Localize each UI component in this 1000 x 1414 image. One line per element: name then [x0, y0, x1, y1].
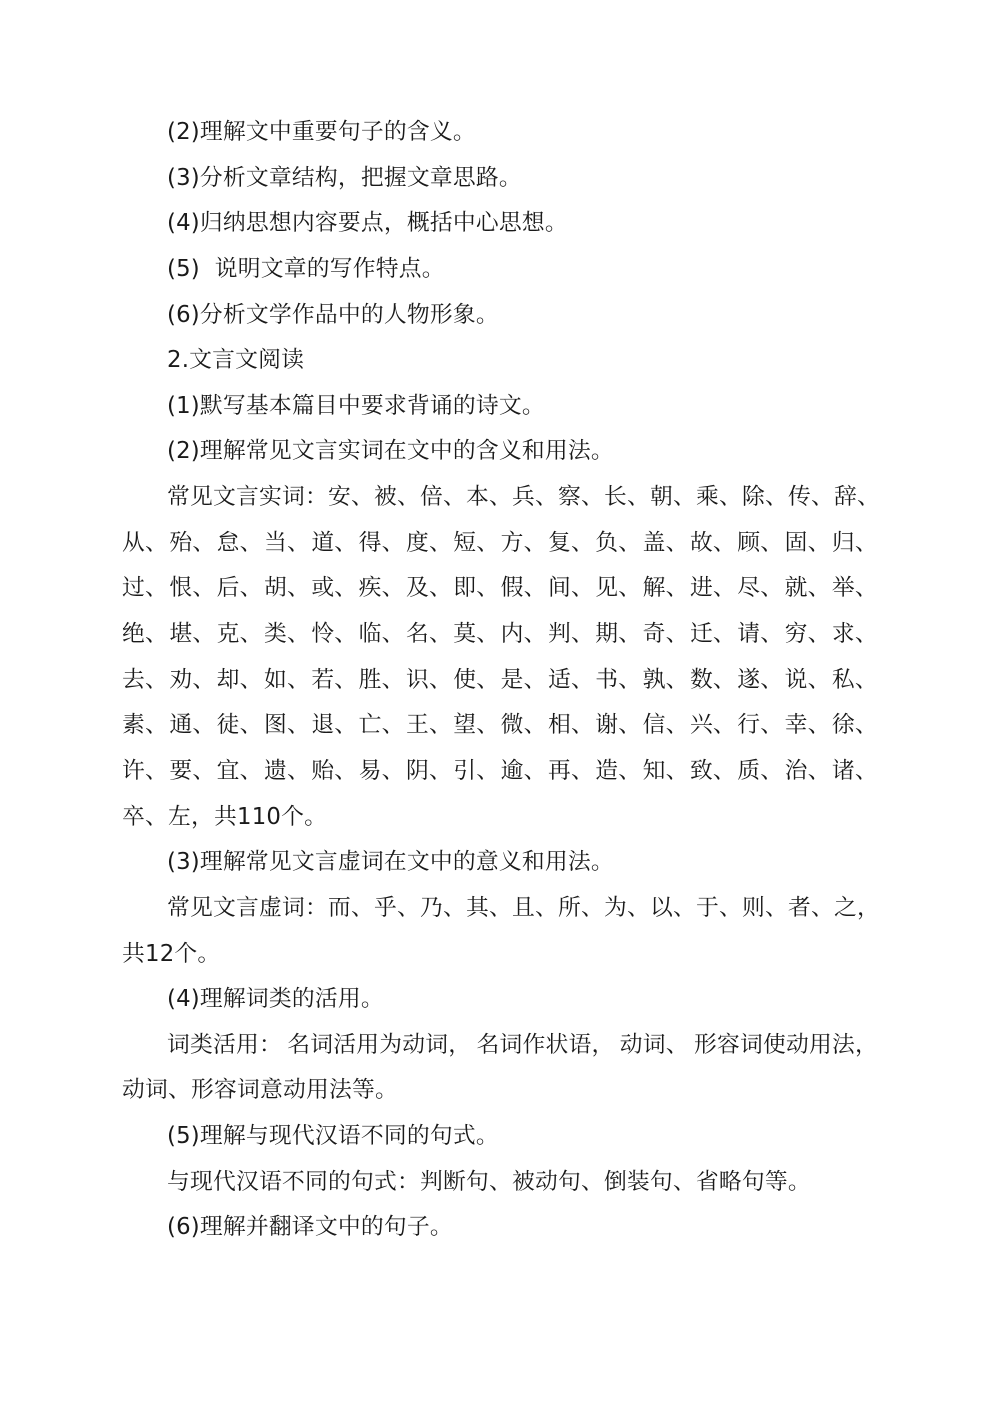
char-group: 信、: [643, 703, 689, 749]
char-group: 负、: [595, 521, 641, 567]
char-group: 被、: [374, 475, 420, 521]
char-group: 故、: [690, 521, 736, 567]
char-group: 乘、: [696, 475, 742, 521]
char-group: 是、: [501, 658, 547, 704]
char-group: 归、: [832, 521, 878, 567]
char-group: 书、: [595, 658, 641, 704]
char-group: 方、: [501, 521, 547, 567]
char-group: 望、: [453, 703, 499, 749]
char-group: 本、: [466, 475, 512, 521]
text-line: 共12个。: [122, 932, 878, 978]
char-group: 除、: [742, 475, 788, 521]
char-group: 遂、: [737, 658, 783, 704]
char-group: 复、: [548, 521, 594, 567]
char-group: 诸、: [832, 749, 878, 795]
char-group: 奇、: [643, 612, 689, 658]
char-group: 胡、: [264, 566, 310, 612]
char-group: 幸、: [785, 703, 831, 749]
char-group: 从、: [122, 521, 168, 567]
char-group: 乃、: [420, 886, 466, 932]
text-line: (3)分析文章结构，把握文章思路。: [122, 156, 878, 202]
char-group: 短、: [453, 521, 499, 567]
char-group: 殆、: [169, 521, 215, 567]
char-group: 通、: [169, 703, 215, 749]
char-group: 得、: [359, 521, 405, 567]
char-group: 顾、: [737, 521, 783, 567]
char-group: 造、: [595, 749, 641, 795]
char-group: 于、: [696, 886, 742, 932]
text-line: (6)分析文学作品中的人物形象。: [122, 293, 878, 339]
char-group: 传、: [788, 475, 834, 521]
text-line: (2)理解常见文言实词在文中的含义和用法。: [122, 429, 878, 475]
text-line: 常见文言实词：安、被、倍、本、兵、察、长、朝、乘、除、传、辞、: [122, 475, 878, 521]
char-group: 且、: [512, 886, 558, 932]
char-group: 穷、: [785, 612, 831, 658]
document-content: (2)理解文中重要句子的含义。(3)分析文章结构，把握文章思路。(4)归纳思想内…: [122, 110, 878, 1251]
text-line: 去、劝、却、如、若、胜、识、使、是、适、书、孰、数、遂、说、私、: [122, 658, 878, 704]
char-group: 度、: [406, 521, 452, 567]
char-group: 类、: [264, 612, 310, 658]
char-group: 适、: [548, 658, 594, 704]
char-group: 当、: [264, 521, 310, 567]
char-group: 形容词使动用法，: [694, 1023, 878, 1069]
char-group: 宜、: [217, 749, 263, 795]
text-line: (5) 说明文章的写作特点。: [122, 247, 878, 293]
char-group: 若、: [311, 658, 357, 704]
char-group: 识、: [406, 658, 452, 704]
char-group: 阴、: [406, 749, 452, 795]
char-group: 为、: [604, 886, 650, 932]
char-group: 后、: [217, 566, 263, 612]
document-page: (2)理解文中重要句子的含义。(3)分析文章结构，把握文章思路。(4)归纳思想内…: [0, 0, 1000, 1414]
char-group: 却、: [217, 658, 263, 704]
char-group: 期、: [595, 612, 641, 658]
char-group: 兴、: [690, 703, 736, 749]
char-group: 疾、: [359, 566, 405, 612]
char-group: 行、: [737, 703, 783, 749]
char-group: 王、: [406, 703, 452, 749]
char-group: 绝、: [122, 612, 168, 658]
char-group: 求、: [832, 612, 878, 658]
char-group: 许、: [122, 749, 168, 795]
char-group: 治、: [785, 749, 831, 795]
char-group: 私、: [832, 658, 878, 704]
char-group: 堪、: [169, 612, 215, 658]
char-group: 名、: [406, 612, 452, 658]
char-group: 朝、: [650, 475, 696, 521]
text-line: (4)理解词类的活用。: [122, 977, 878, 1023]
char-group: 进、: [690, 566, 736, 612]
char-group: 致、: [690, 749, 736, 795]
text-line: (5)理解与现代汉语不同的句式。: [122, 1114, 878, 1160]
char-group: 质、: [737, 749, 783, 795]
char-group: 察、: [558, 475, 604, 521]
char-group: 请、: [737, 612, 783, 658]
char-group: 则、: [742, 886, 788, 932]
char-group: 及、: [406, 566, 452, 612]
char-group: 或、: [311, 566, 357, 612]
char-group: 相、: [548, 703, 594, 749]
text-line: (2)理解文中重要句子的含义。: [122, 110, 878, 156]
text-line: 词类活用：名词活用为动词，名词作状语，动词、形容词使动用法，: [122, 1023, 878, 1069]
char-group: 克、: [217, 612, 263, 658]
char-group: 莫、: [453, 612, 499, 658]
char-group: 微、: [501, 703, 547, 749]
text-line: 过、恨、后、胡、或、疾、及、即、假、间、见、解、进、尽、就、举、: [122, 566, 878, 612]
char-group: 常见文言实词：: [167, 475, 328, 521]
char-group: 图、: [264, 703, 310, 749]
char-group: 再、: [548, 749, 594, 795]
text-line: 卒、左，共110个。: [122, 795, 878, 841]
char-group: 孰、: [643, 658, 689, 704]
char-group: 怠、: [217, 521, 263, 567]
char-group: 素、: [122, 703, 168, 749]
char-group: 动词、: [620, 1023, 689, 1069]
char-group: 常见文言虚词：: [167, 886, 328, 932]
char-group: 就、: [785, 566, 831, 612]
char-group: 恨、: [169, 566, 215, 612]
char-group: 说、: [785, 658, 831, 704]
char-group: 以、: [650, 886, 696, 932]
char-group: 过、: [122, 566, 168, 612]
char-group: 遗、: [264, 749, 310, 795]
char-group: 辞、: [834, 475, 880, 521]
char-group: 名词作状语，: [477, 1023, 615, 1069]
text-line: 与现代汉语不同的句式：判断句、被动句、倒装句、省略句等。: [122, 1160, 878, 1206]
char-group: 临、: [359, 612, 405, 658]
text-line: 动词、形容词意动用法等。: [122, 1068, 878, 1114]
text-line: 绝、堪、克、类、怜、临、名、莫、内、判、期、奇、迁、请、穷、求、: [122, 612, 878, 658]
text-line: (6)理解并翻译文中的句子。: [122, 1205, 878, 1251]
char-group: 徐、: [832, 703, 878, 749]
char-group: 乎、: [374, 886, 420, 932]
char-group: 退、: [311, 703, 357, 749]
char-group: 胜、: [359, 658, 405, 704]
char-group: 迁、: [690, 612, 736, 658]
char-group: 道、: [311, 521, 357, 567]
char-group: 劝、: [169, 658, 215, 704]
char-group: 使、: [453, 658, 499, 704]
char-group: 间、: [548, 566, 594, 612]
char-group: 见、: [595, 566, 641, 612]
char-group: 者、: [788, 886, 834, 932]
char-group: 逾、: [501, 749, 547, 795]
char-group: 举、: [832, 566, 878, 612]
char-group: 尽、: [737, 566, 783, 612]
char-group: 判、: [548, 612, 594, 658]
char-group: 盖、: [643, 521, 689, 567]
char-group: 名词活用为动词，: [287, 1023, 471, 1069]
text-line: 素、通、徒、图、退、亡、王、望、微、相、谢、信、兴、行、幸、徐、: [122, 703, 878, 749]
char-group: 内、: [501, 612, 547, 658]
char-group: 所、: [558, 886, 604, 932]
char-group: 谢、: [595, 703, 641, 749]
char-group: 解、: [643, 566, 689, 612]
char-group: 徒、: [217, 703, 263, 749]
char-group: 亡、: [359, 703, 405, 749]
text-line: (4)归纳思想内容要点，概括中心思想。: [122, 201, 878, 247]
char-group: 兵、: [512, 475, 558, 521]
char-group: 假、: [501, 566, 547, 612]
char-group: 引、: [453, 749, 499, 795]
char-group: 倍、: [420, 475, 466, 521]
char-group: 而、: [328, 886, 374, 932]
text-line: 许、要、宜、遗、贻、易、阴、引、逾、再、造、知、致、质、治、诸、: [122, 749, 878, 795]
char-group: 贻、: [311, 749, 357, 795]
char-group: 怜、: [311, 612, 357, 658]
char-group: 其、: [466, 886, 512, 932]
text-line: (1)默写基本篇目中要求背诵的诗文。: [122, 384, 878, 430]
char-group: 如、: [264, 658, 310, 704]
char-group: 数、: [690, 658, 736, 704]
text-line: 常见文言虚词：而、乎、乃、其、且、所、为、以、于、则、者、之，: [122, 886, 878, 932]
text-line: 2.文言文阅读: [122, 338, 878, 384]
char-group: 长、: [604, 475, 650, 521]
char-group: 易、: [359, 749, 405, 795]
char-group: 知、: [643, 749, 689, 795]
char-group: 固、: [785, 521, 831, 567]
text-line: (3)理解常见文言虚词在文中的意义和用法。: [122, 840, 878, 886]
char-group: 安、: [328, 475, 374, 521]
char-group: 之，: [834, 886, 880, 932]
char-group: 即、: [453, 566, 499, 612]
char-group: 词类活用：: [167, 1023, 282, 1069]
char-group: 去、: [122, 658, 168, 704]
text-line: 从、殆、怠、当、道、得、度、短、方、复、负、盖、故、顾、固、归、: [122, 521, 878, 567]
char-group: 要、: [169, 749, 215, 795]
